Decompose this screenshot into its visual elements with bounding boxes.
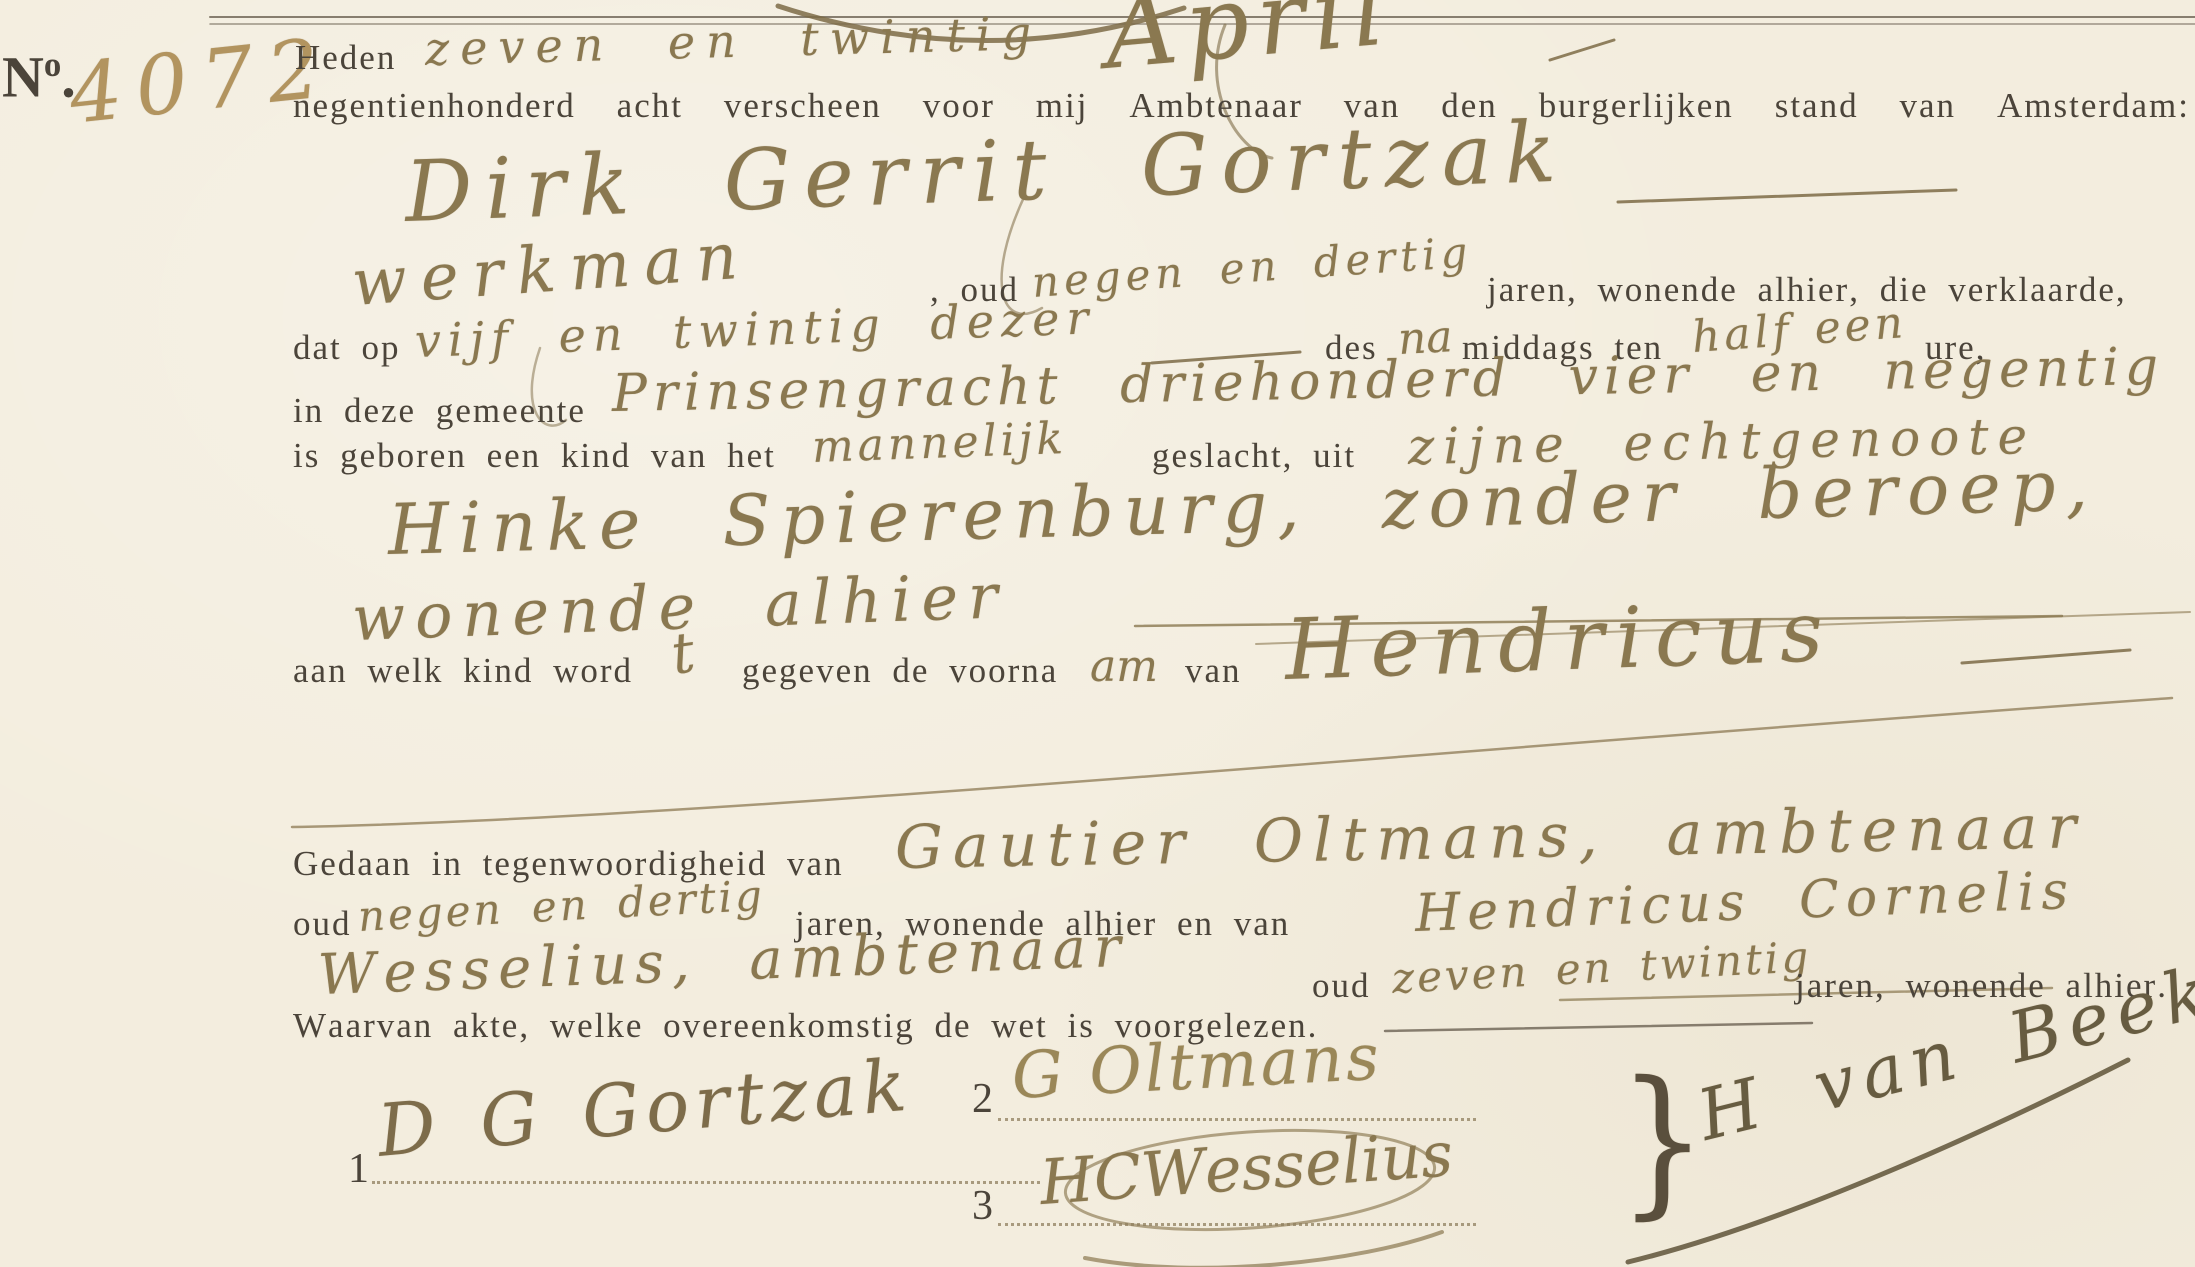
signature1-declarant: D G Gortzak (375, 1048, 915, 1166)
witness2-firstnames-handwritten: Hendricus Cornelis (1414, 865, 2076, 940)
witness2-oud-label: oud (1312, 968, 1371, 1003)
childname-fill-dash (1962, 650, 2130, 663)
dat-op-label: dat op (293, 330, 401, 365)
birth-registration-month-handwritten: April (1101, 0, 1397, 84)
naming-van-label: van (1185, 653, 1242, 688)
witness2-age-handwritten: zeven en twintig (1391, 936, 1812, 1000)
signature3-number: 3 (972, 1185, 995, 1227)
act-number-label: No. (2, 48, 76, 106)
signature2-witness1: G Oltmans (1010, 1026, 1383, 1109)
naming-prefix-label: aan welk kind word (293, 653, 633, 688)
name-fill-dash (1618, 190, 1956, 202)
signature3-underline-flourish (1085, 1232, 1442, 1267)
declarant-age-suffix-label: jaren, wonende alhier, die verklaarde, (1487, 272, 2127, 307)
opening-heden-label: Heden (295, 40, 396, 75)
declarant-age-handwritten: negen en dertig (1031, 231, 1474, 304)
naming-middle-label: gegeven de voorna (742, 653, 1058, 688)
witness1-oud-label: oud (293, 906, 352, 941)
signature1-dotted-line (372, 1181, 1040, 1184)
child-gender-handwritten: mannelijk (811, 417, 1068, 470)
declarant-name-handwritten: Dirk Gerrit Gortzak (404, 109, 1570, 234)
signature1-number: 1 (348, 1148, 371, 1190)
april-dash (1550, 40, 1614, 60)
signature3-witness2: HCWesselius (1038, 1123, 1455, 1214)
birth-certificate-scan: No. 4072 Heden zeven en twintig April ne… (0, 0, 2195, 1267)
child-name-handwritten: Hendricus (1284, 589, 1837, 692)
gemeente-label: in deze gemeente (293, 393, 586, 428)
closing-fill-dash (1385, 1023, 1812, 1031)
signature2-number: 2 (972, 1078, 995, 1120)
geboren-label: is geboren een kind van het (293, 438, 776, 473)
signature3-dotted-line (998, 1223, 1476, 1226)
naming-am-insertion-handwritten: am (1090, 645, 1158, 689)
birth-registration-day-handwritten: zeven en twintig (424, 10, 1042, 72)
